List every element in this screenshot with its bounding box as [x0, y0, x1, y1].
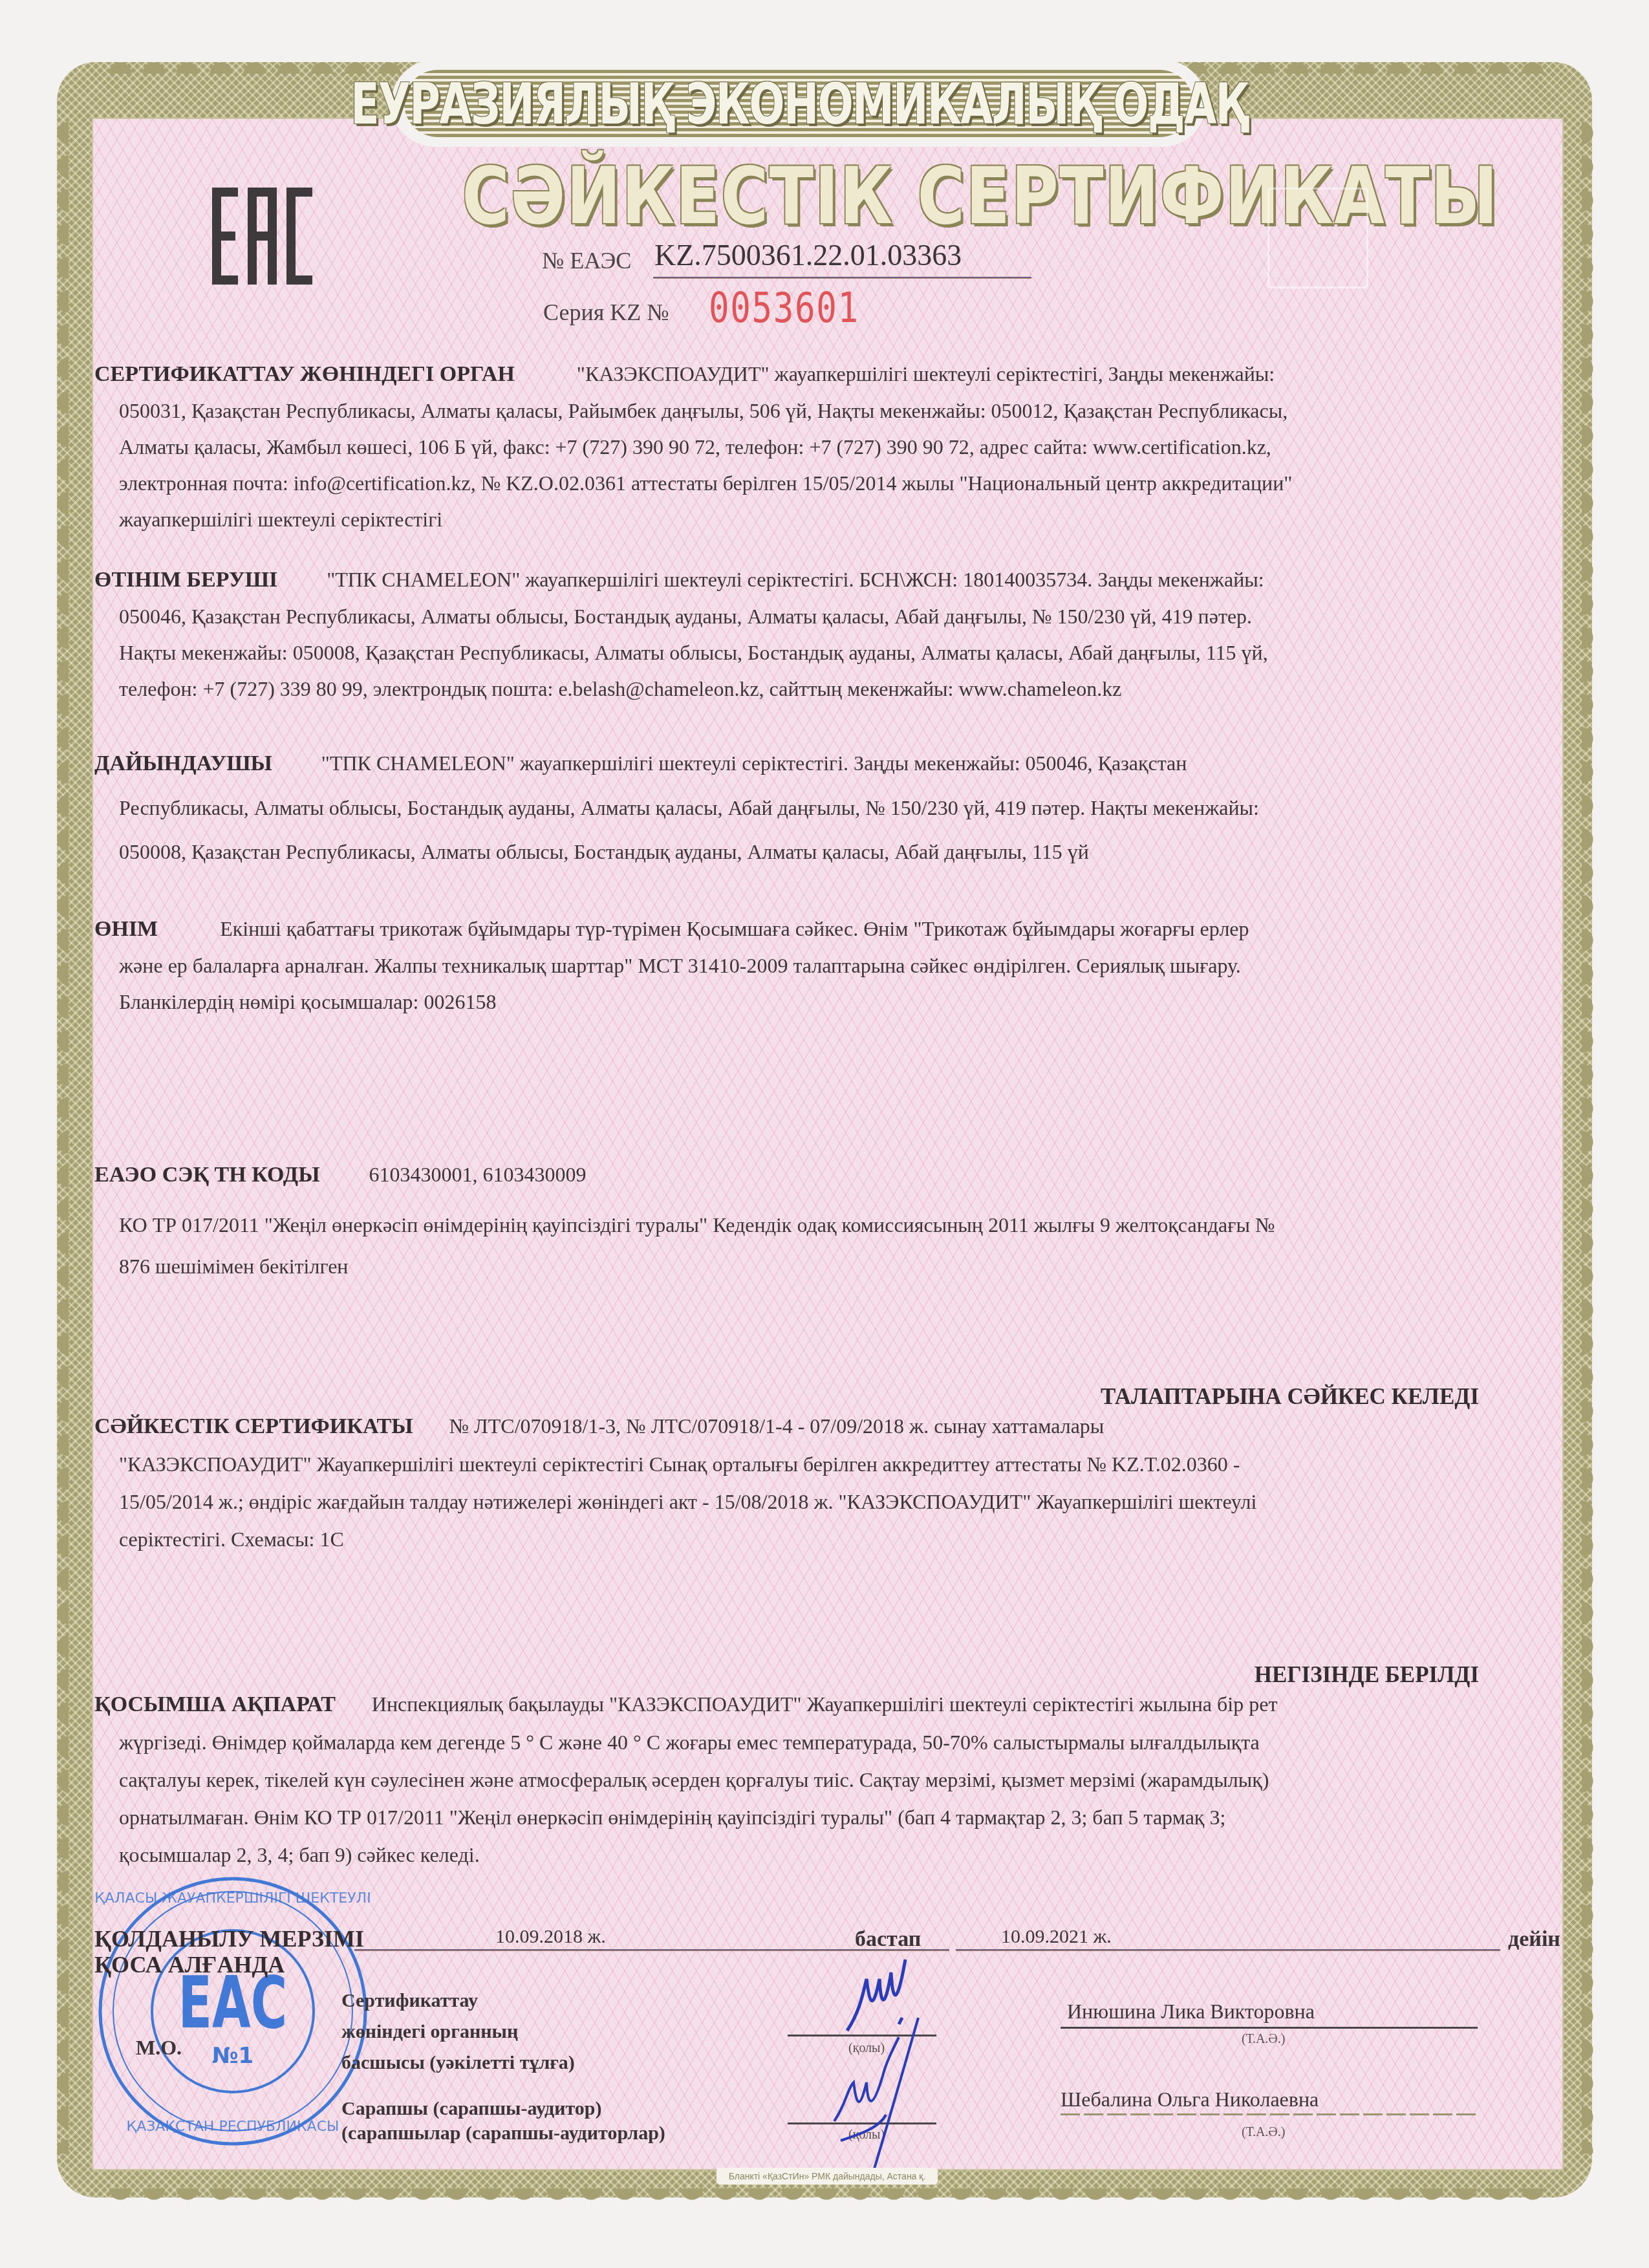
section-line: электронная почта: info@certification.kz… — [94, 465, 1514, 501]
section-label: ҚОСЫМША АҚПАРАТ — [94, 1692, 336, 1716]
section-manufacturer: ДАЙЫНДАУШЫ"ТПК CHAMELEON" жауапкершілігі… — [94, 741, 1514, 874]
section-line: және ер балаларға арналған. Жалпы техник… — [94, 947, 1514, 984]
head-role-line: жөніндегі органның — [341, 2016, 575, 2047]
expert-signature-icon — [821, 2011, 938, 2179]
validity-label: ҚОЛДАНЫЛУ МЕРЗІМІ ҚОСА АЛҒАНДА — [94, 1926, 364, 1978]
expert-name: Шебалина Ольга Николаевна — [1061, 2088, 1319, 2111]
validity-label-line2: ҚОСА АЛҒАНДА — [94, 1952, 364, 1978]
section-line: сақталуы керек, тікелей күн сәулесінен ж… — [94, 1761, 1514, 1798]
section-certificate: СӘЙКЕСТІК СЕРТИФИКАТЫ№ ЛТС/070918/1-3, №… — [94, 1407, 1514, 1558]
section-first-line: "ТПК CHAMELEON" жауапкершілігі шектеулі … — [327, 568, 1264, 591]
section-first-line: Екінші қабаттағы трикотаж бұйымдары түр-… — [220, 917, 1249, 940]
section-label: ӨНІМ — [94, 917, 158, 941]
section-line: жүргізеді. Өнімдер қоймаларда кем дегенд… — [94, 1723, 1514, 1761]
compliance-heading: ТАЛАПТАРЫНА СӘЙКЕС КЕЛЕДІ — [1101, 1384, 1479, 1410]
expert-role: Сарапшы (сарапшы-аудитор) (сарапшылар (с… — [341, 2097, 665, 2146]
union-title-plate: ЕУРАЗИЯЛЫҚ ЭКОНОМИКАЛЫҚ ОДАҚ — [404, 70, 1193, 137]
watermark-eac — [1267, 188, 1368, 288]
section-first-line: "ТПК CHAMELEON" жауапкершілігі шектеулі … — [321, 751, 1187, 775]
svg-text:ҚАЛАСЫ ЖАУАПКЕРШІЛІГІ ШЕКТЕУЛІ: ҚАЛАСЫ ЖАУАПКЕРШІЛІГІ ШЕКТЕУЛІ — [94, 1890, 371, 1906]
issued-heading: НЕГІЗІНДЕ БЕРІЛДІ — [1255, 1662, 1479, 1688]
from-word: бастап — [855, 1927, 921, 1952]
section-line: 050031, Қазақстан Республикасы, Алматы қ… — [94, 393, 1514, 429]
svg-text:№1: №1 — [212, 2043, 254, 2069]
section-label: ӨТІНІМ БЕРУШІ — [94, 568, 277, 592]
eac-logo-icon — [212, 188, 312, 285]
section-first-line: Инспекциялық бақылауды "КАЗЭКСПОАУДИТ" Ж… — [372, 1692, 1278, 1716]
section-line: КО ТР 017/2011 "Жеңіл өнеркәсіп өнімдері… — [94, 1204, 1514, 1246]
to-word: дейін — [1508, 1927, 1560, 1952]
section-line: орнатылмаған. Өнім КО ТР 017/2011 "Жеңіл… — [94, 1798, 1514, 1836]
union-title: ЕУРАЗИЯЛЫҚ ЭКОНОМИКАЛЫҚ ОДАҚ — [350, 70, 1247, 137]
section-line: 050046, Қазақстан Республикасы, Алматы о… — [94, 598, 1514, 634]
section-line: Нақты мекенжайы: 050008, Қазақстан Респу… — [94, 634, 1514, 671]
section-label: ДАЙЫНДАУШЫ — [94, 751, 272, 775]
validity-label-line1: ҚОЛДАНЫЛУ МЕРЗІМІ — [94, 1926, 364, 1952]
expert-role-line: (сарапшылар (сарапшы-аудиторлар) — [341, 2121, 665, 2146]
section-first-line: "КАЗЭКСПОАУДИТ" жауапкершілігі шектеулі … — [577, 362, 1275, 385]
section-label: СЕРТИФИКАТТАУ ЖӨНІНДЕГІ ОРГАН — [94, 362, 515, 386]
cert-number-label: № ЕАЭС — [542, 247, 631, 274]
border-scallop-bottom — [103, 2188, 1546, 2208]
section-line: жауапкершілігі шектеулі серіктестігі — [94, 501, 1514, 537]
border-scallop-right — [1582, 116, 1601, 2154]
expert-name-line — [1061, 2113, 1478, 2115]
head-name-caption: (Т.А.Ә.) — [1242, 2032, 1285, 2047]
section-first-line: № ЛТС/070918/1-3, № ЛТС/070918/1-4 - 07/… — [449, 1414, 1105, 1438]
hs-code-value: 6103430001, 6103430009 — [369, 1163, 587, 1186]
expert-name-caption: (Т.А.Ә.) — [1242, 2125, 1285, 2140]
series-number: 0053601 — [709, 285, 859, 332]
to-date-underline — [956, 1949, 1500, 1951]
cert-number-value: KZ.7500361.22.01.03363 — [654, 238, 962, 272]
section-line: "КАЗЭКСПОАУДИТ" Жауапкершілігі шектеулі … — [94, 1445, 1514, 1483]
section-applicant: ӨТІНІМ БЕРУШІ"ТПК CHAMELEON" жауапкершіл… — [94, 561, 1514, 707]
head-name-line — [1061, 2027, 1478, 2029]
section-hs-code: ЕАЭО СЭҚ ТН КОДЫ6103430001, 6103430009 — [94, 1156, 1514, 1193]
to-date: 10.09.2021 ж. — [1001, 1926, 1112, 1948]
section-line: қосымшалар 2, 3, 4; бап 9) сәйкес келеді… — [94, 1836, 1514, 1874]
from-date: 10.09.2018 ж. — [495, 1926, 606, 1948]
section-label: ЕАЭО СЭҚ ТН КОДЫ — [94, 1163, 320, 1187]
head-role: Сертификаттау жөніндегі органның басшысы… — [341, 1985, 575, 2079]
section-certification-body: СЕРТИФИКАТТАУ ЖӨНІНДЕГІ ОРГАН"КАЗЭКСПОАУ… — [94, 356, 1514, 537]
svg-text:ҚАЗАҚСТАН РЕСПУБЛИКАСЫ: ҚАЗАҚСТАН РЕСПУБЛИКАСЫ — [127, 2119, 339, 2135]
stamp-place-label: М.О. — [136, 2036, 182, 2060]
section-additional-info: ҚОСЫМША АҚПАРАТИнспекциялық бақылауды "К… — [94, 1685, 1514, 1874]
section-line: 050008, Қазақстан Республикасы, Алматы о… — [94, 830, 1514, 874]
section-line: серіктестігі. Схемасы: 1С — [94, 1520, 1514, 1558]
document-title: СӘЙКЕСТІК СЕРТИФИКАТЫ — [462, 150, 1135, 242]
cert-number-underline — [653, 277, 1031, 279]
expert-role-line: Сарапшы (сарапшы-аудитор) — [341, 2097, 665, 2121]
section-line: Алматы қаласы, Жамбыл көшесі, 106 Б үй, … — [94, 429, 1514, 465]
section-regulation: КО ТР 017/2011 "Жеңіл өнеркәсіп өнімдері… — [94, 1204, 1514, 1287]
official-seal-stamp-icon: ЕАС №1 ҚАЛАСЫ ЖАУАПКЕРШІЛІГІ ШЕКТЕУЛІ ҚА… — [91, 1869, 375, 2154]
section-line: 15/05/2014 ж.; өндіріс жағдайын талдау н… — [94, 1483, 1514, 1520]
section-line: телефон: +7 (727) 339 80 99, электрондық… — [94, 671, 1514, 707]
head-role-line: басшысы (уәкілетті тұлға) — [341, 2047, 575, 2079]
border-scallop-left — [49, 116, 69, 2154]
section-line: 876 шешімімен бекітілген — [94, 1246, 1514, 1287]
section-product: ӨНІМЕкінші қабаттағы трикотаж бұйымдары … — [94, 911, 1514, 1020]
section-line: Бланкілердің нөмірі қосымшалар: 0026158 — [94, 984, 1514, 1020]
series-label: Серия KZ № — [543, 299, 669, 326]
section-line: Республикасы, Алматы облысы, Бостандық а… — [94, 786, 1514, 830]
printer-note: Бланкті «ҚазСтИн» РМК дайындады, Астана … — [717, 2168, 938, 2185]
section-label: СӘЙКЕСТІК СЕРТИФИКАТЫ — [94, 1414, 413, 1438]
head-name: Инюшина Лика Викторовна — [1067, 2000, 1315, 2024]
head-role-line: Сертификаттау — [341, 1985, 575, 2016]
